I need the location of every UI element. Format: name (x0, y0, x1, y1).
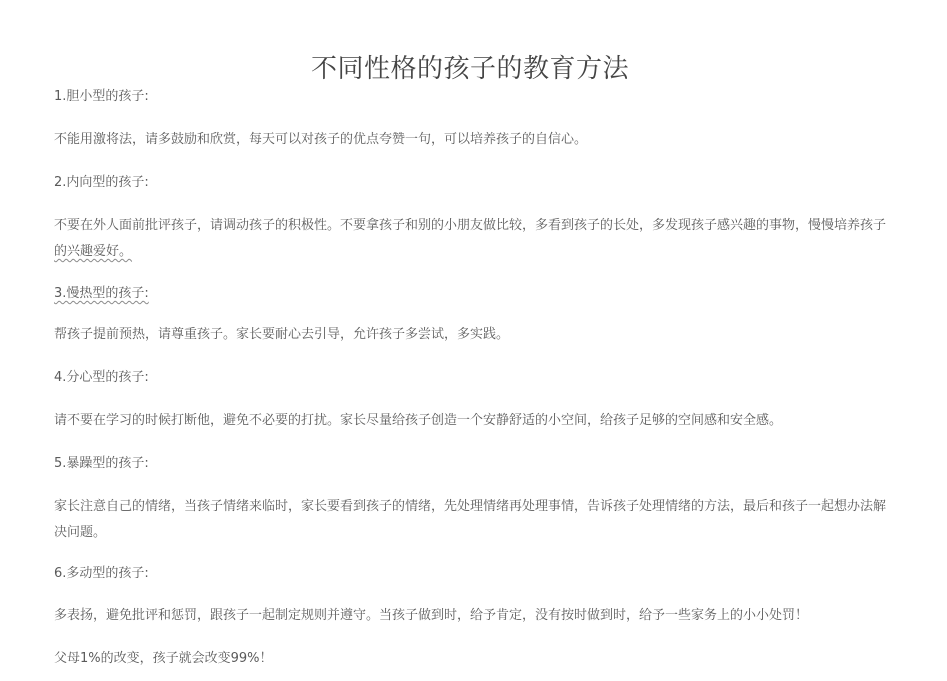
closing-statement: 父母1%的改变，孩子就会改变99%！ (54, 646, 914, 672)
section-body-introverted-line2: 的兴趣爱好。 (54, 239, 914, 265)
section-heading-distracted: 4.分心型的孩子: (54, 365, 914, 391)
section-heading-introverted: 2.内向型的孩子: (54, 170, 914, 196)
section-body-timid: 不能用激将法，请多鼓励和欣赏，每天可以对孩子的优点夸赞一句，可以培养孩子的自信心… (54, 127, 914, 153)
section-heading-slow-to-warm: 3.慢热型的孩子: (54, 281, 914, 307)
section-body-hyperactive: 多表扬，避免批评和惩罚，跟孩子一起制定规则并遵守。当孩子做到时，给予肯定，没有按… (54, 603, 914, 629)
page-title: 不同性格的孩子的教育方法 (0, 51, 940, 87)
section-body-irritable-line2: 决问题。 (54, 520, 914, 546)
section-body-distracted: 请不要在学习的时候打断他，避免不必要的打扰。家长尽量给孩子创造一个安静舒适的小空… (54, 408, 914, 434)
spellcheck-underlined-text: 的兴趣爱好。 (54, 244, 132, 259)
section-body-introverted: 不要在外人面前批评孩子，请调动孩子的积极性。不要拿孩子和别的小朋友做比较，多看到… (54, 213, 914, 265)
section-body-irritable-line1: 家长注意自己的情绪，当孩子情绪来临时，家长要看到孩子的情绪，先处理情绪再处理事情… (54, 494, 914, 520)
section-heading-irritable: 5.暴躁型的孩子: (54, 451, 914, 477)
section-heading-hyperactive: 6.多动型的孩子: (54, 561, 914, 587)
section-body-slow-to-warm: 帮孩子提前预热，请尊重孩子。家长要耐心去引导，允许孩子多尝试，多实践。 (54, 322, 914, 348)
section-heading-timid: 1.胆小型的孩子: (54, 84, 914, 110)
section-body-introverted-line1: 不要在外人面前批评孩子，请调动孩子的积极性。不要拿孩子和别的小朋友做比较，多看到… (54, 213, 914, 239)
section-body-irritable: 家长注意自己的情绪，当孩子情绪来临时，家长要看到孩子的情绪，先处理情绪再处理事情… (54, 494, 914, 546)
spellcheck-underlined-heading: 3.慢热型的孩子: (54, 286, 149, 301)
